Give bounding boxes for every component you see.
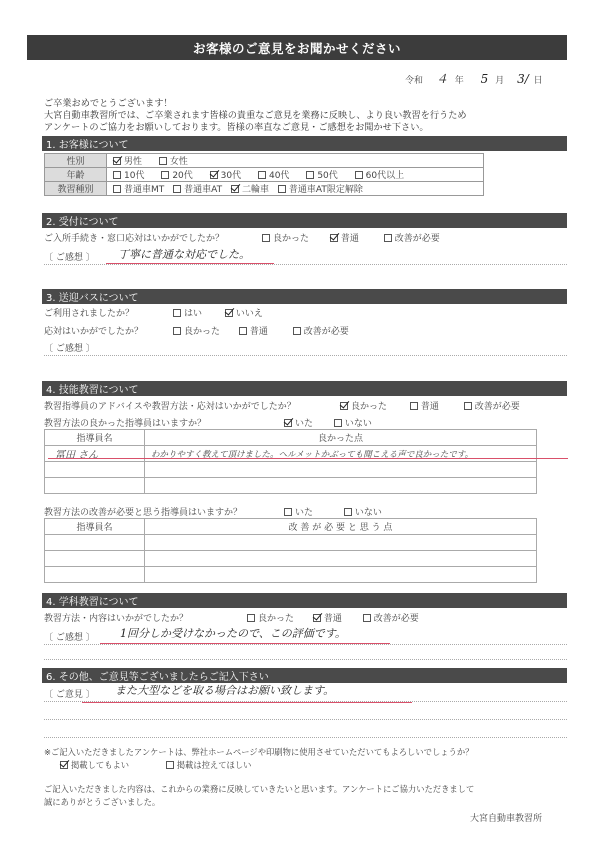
option-normal[interactable]: 普通: [313, 611, 342, 624]
table-header: 指導員名 良かった点: [45, 430, 537, 446]
option-label: いた: [295, 419, 313, 429]
table-row: [45, 535, 537, 551]
good-points-cell[interactable]: [145, 478, 537, 494]
date-day-unit: 日: [534, 76, 543, 86]
option-needs-improvement[interactable]: 改善が必要: [363, 611, 419, 624]
age-label: 年齢: [45, 168, 107, 182]
option-label: 改善が必要: [475, 402, 520, 412]
checkbox-icon[interactable]: [113, 171, 121, 179]
comment-line: [44, 355, 567, 356]
bus-service-options: 良かった 普通 改善が必要: [173, 324, 363, 337]
age-options: 10代 20代 30代 40代 50代 60代以上: [107, 168, 484, 182]
improve-points-cell[interactable]: [145, 551, 537, 567]
signature: 大宮自動車教習所: [470, 811, 542, 824]
improve-points-cell[interactable]: [145, 567, 537, 583]
gender-row: 性別 男性 女性: [45, 154, 484, 168]
comment-line: [44, 737, 567, 738]
option-label: 良かった: [351, 402, 387, 412]
option-mt[interactable]: 普通車MT: [113, 182, 164, 195]
option-normal[interactable]: 普通: [410, 399, 439, 412]
section-6-header: 6. その他、ご意見等ございましたらご記入下さい: [42, 668, 567, 683]
header-instructor-name: 指導員名: [45, 519, 145, 535]
checkbox-icon[interactable]: [355, 171, 363, 179]
table-header: 指導員名 改 善 が 必 要 と 思 う 点: [45, 519, 537, 535]
date-day[interactable]: 3/: [517, 72, 529, 86]
instructor-name-cell[interactable]: [45, 535, 145, 551]
good-instructor-question: 教習方法の良かった指導員はいますか？: [44, 416, 206, 429]
checkbox-icon[interactable]: [330, 234, 338, 242]
good-instructor-table: 指導員名 良かった点 冨田 さん わかりやすく教えて頂けました。ヘルメットかぶっ…: [44, 429, 537, 494]
option-50s[interactable]: 50代: [306, 168, 337, 181]
date-year-unit: 年: [455, 76, 464, 86]
section-2-header: 2. 受付について: [42, 213, 567, 228]
header-instructor-name: 指導員名: [45, 430, 145, 446]
option-label: 良かった: [258, 614, 294, 624]
section-4-header: 4. 技能教習について: [42, 381, 567, 396]
good-points-cell[interactable]: [145, 462, 537, 478]
good-points-cell[interactable]: わかりやすく教えて頂けました。ヘルメットかぶっても聞こえる声で良かったです。: [145, 446, 537, 462]
academic-options: 良かった 普通 改善が必要: [247, 611, 433, 624]
option-20s[interactable]: 20代: [161, 168, 192, 181]
option-label: 普通: [250, 327, 268, 337]
option-label: はい: [184, 309, 202, 319]
option-no[interactable]: いない: [344, 505, 382, 518]
option-label: 普通車AT限定解除: [289, 185, 363, 195]
checkbox-icon[interactable]: [173, 327, 181, 335]
option-label: 良かった: [273, 234, 309, 244]
option-label: 良かった: [184, 327, 220, 337]
bus-used-options: はい いいえ: [173, 306, 277, 319]
comment-line: [44, 644, 567, 645]
option-label: 60代以上: [366, 171, 404, 181]
option-label: 10代: [124, 171, 144, 181]
checkbox-icon[interactable]: [225, 309, 233, 317]
option-yes[interactable]: いた: [284, 416, 313, 429]
option-publish-ok[interactable]: 掲載してもよい: [60, 759, 129, 771]
other-comment-label: 〔 ご意見 〕: [44, 687, 95, 700]
checkbox-icon[interactable]: [258, 171, 266, 179]
instructor-name-cell[interactable]: [45, 551, 145, 567]
option-motorcycle[interactable]: 二輪車: [231, 182, 269, 195]
option-label: 50代: [317, 171, 337, 181]
checkbox-icon[interactable]: [410, 402, 418, 410]
checkbox-icon[interactable]: [113, 185, 121, 193]
good-instructor-options: いた いない: [284, 416, 386, 429]
course-type-options: 普通車MT 普通車AT 二輪車 普通車AT限定解除: [107, 182, 484, 196]
improve-instructor-options: いた いない: [284, 505, 396, 518]
option-label: 改善が必要: [374, 614, 419, 624]
section-3-header: 3. 送迎バスについて: [42, 289, 567, 304]
improve-instructor-table: 指導員名 改 善 が 必 要 と 思 う 点: [44, 518, 537, 583]
option-no[interactable]: いいえ: [225, 306, 263, 319]
checkbox-icon[interactable]: [161, 171, 169, 179]
instructor-name-cell[interactable]: [45, 462, 145, 478]
checkbox-icon[interactable]: [166, 761, 174, 769]
date-line: 令和 ４ 年 5 月 3/ 日: [405, 70, 543, 87]
checkbox-icon[interactable]: [278, 185, 286, 193]
instructor-name-cell[interactable]: [45, 567, 145, 583]
academic-question: 教習方法・内容はいかがでしたか？: [44, 611, 188, 624]
option-yes[interactable]: いた: [284, 505, 313, 518]
option-label: 20代: [172, 171, 192, 181]
checkbox-icon[interactable]: [293, 327, 301, 335]
intro-line-3: アンケートのご協力をお願いしております。皆様の率直なご意見・ご感想をお聞かせ下さ…: [44, 119, 429, 133]
course-type-row: 教習種別 普通車MT 普通車AT 二輪車 普通車AT限定解除: [45, 182, 484, 196]
option-male[interactable]: 男性: [113, 154, 142, 167]
reception-question: ご入所手続き・窓口応対はいかがでしたか？: [44, 231, 224, 244]
header-improve-points: 改 善 が 必 要 と 思 う 点: [145, 519, 537, 535]
option-no[interactable]: いない: [334, 416, 372, 429]
section-1-header: 1. お客様について: [42, 136, 567, 151]
thanks-line-2: 誠にありがとうございました。: [44, 796, 160, 808]
option-good[interactable]: 良かった: [247, 611, 294, 624]
option-30s[interactable]: 30代: [210, 168, 241, 181]
red-underline: [48, 458, 568, 459]
option-label: 普通車AT: [184, 185, 222, 195]
option-needs-improvement[interactable]: 改善が必要: [384, 231, 440, 244]
option-good[interactable]: 良かった: [340, 399, 387, 412]
checkbox-icon[interactable]: [239, 327, 247, 335]
academic-comment[interactable]: 1回分しか受けなかったので、この評価です。: [120, 625, 346, 641]
checkbox-icon[interactable]: [334, 419, 342, 427]
gender-label: 性別: [45, 154, 107, 168]
other-comment[interactable]: また大型などを取る場合はお願い致します。: [115, 682, 334, 698]
option-yes[interactable]: はい: [173, 306, 202, 319]
checkbox-icon[interactable]: [247, 614, 255, 622]
instructor-name-cell[interactable]: [45, 478, 145, 494]
option-label: 改善が必要: [395, 234, 440, 244]
option-good[interactable]: 良かった: [173, 324, 220, 337]
bus-service-question: 応対はいかがでしたか？: [44, 324, 143, 337]
improve-instructor-question: 教習方法の改善が必要と思う指導員はいますか？: [44, 505, 242, 518]
checkbox-icon[interactable]: [344, 508, 352, 516]
option-label: 女性: [170, 157, 188, 167]
option-label: 40代: [269, 171, 289, 181]
checkbox-icon[interactable]: [173, 185, 181, 193]
publish-options: 掲載してもよい 掲載は控えてほしい: [60, 759, 265, 771]
option-at-limit-release[interactable]: 普通車AT限定解除: [278, 182, 363, 195]
checkbox-icon[interactable]: [173, 309, 181, 317]
checkbox-icon[interactable]: [284, 508, 292, 516]
checkbox-icon[interactable]: [113, 157, 121, 165]
checkbox-icon[interactable]: [60, 761, 68, 769]
reception-comment-label: 〔 ご感想 〕: [44, 250, 95, 263]
option-60s-plus[interactable]: 60代以上: [355, 168, 404, 181]
instructor-name-cell[interactable]: 冨田 さん: [45, 446, 145, 462]
option-40s[interactable]: 40代: [258, 168, 289, 181]
option-normal[interactable]: 普通: [239, 324, 268, 337]
option-label: 掲載してもよい: [71, 760, 129, 770]
improve-points-cell[interactable]: [145, 535, 537, 551]
comment-line: [44, 719, 567, 720]
option-10s[interactable]: 10代: [113, 168, 144, 181]
checkbox-icon[interactable]: [306, 171, 314, 179]
checkbox-icon[interactable]: [159, 157, 167, 165]
bus-comment-label: 〔 ご感想 〕: [44, 341, 95, 354]
bus-used-question: ご利用されましたか？: [44, 306, 134, 319]
thanks-line-1: ご記入いただきました内容は、これからの業務に反映していきたいと思います。アンケー…: [44, 783, 474, 795]
table-row: [45, 478, 537, 494]
option-label: 普通車MT: [124, 185, 164, 195]
comment-line: [44, 659, 567, 660]
red-underline: [82, 702, 412, 703]
table-row: [45, 551, 537, 567]
option-label: いいえ: [236, 309, 263, 319]
gender-options: 男性 女性: [107, 154, 484, 168]
table-row: 冨田 さん わかりやすく教えて頂けました。ヘルメットかぶっても聞こえる声で良かっ…: [45, 446, 537, 462]
comment-line: [44, 264, 567, 265]
course-type-label: 教習種別: [45, 182, 107, 196]
option-normal[interactable]: 普通: [330, 231, 359, 244]
option-needs-improvement[interactable]: 改善が必要: [293, 324, 349, 337]
option-good[interactable]: 良かった: [262, 231, 309, 244]
option-label: 普通: [341, 234, 359, 244]
instructor-question: 教習指導員のアドバイスや教習方法・応対はいかがでしたか？: [44, 399, 296, 412]
customer-info-table: 性別 男性 女性 年齢 10代 20代 30代 40代 50代 60代以上 教習…: [44, 153, 484, 196]
checkbox-icon[interactable]: [384, 234, 392, 242]
option-label: 二輪車: [242, 185, 269, 195]
option-label: いない: [345, 419, 372, 429]
checkbox-icon[interactable]: [313, 614, 321, 622]
date-year[interactable]: ４: [436, 72, 448, 86]
age-row: 年齢 10代 20代 30代 40代 50代 60代以上: [45, 168, 484, 182]
option-label: 普通: [324, 614, 342, 624]
checkbox-icon[interactable]: [340, 402, 348, 410]
option-at[interactable]: 普通車AT: [173, 182, 222, 195]
form-title: お客様のご意見をお聞かせください: [27, 35, 567, 60]
option-publish-no[interactable]: 掲載は控えてほしい: [166, 759, 252, 771]
option-label: いた: [295, 508, 313, 518]
comment-line: [44, 701, 567, 702]
checkbox-icon[interactable]: [363, 614, 371, 622]
checkbox-icon[interactable]: [464, 402, 472, 410]
option-label: 普通: [421, 402, 439, 412]
option-label: 30代: [221, 171, 241, 181]
date-month-unit: 月: [495, 76, 504, 86]
option-label: 掲載は控えてほしい: [177, 760, 252, 770]
checkbox-icon[interactable]: [231, 185, 239, 193]
checkbox-icon[interactable]: [284, 419, 292, 427]
publish-question: ※ご記入いただきましたアンケートは、弊社ホームページや印刷物に使用させていただい…: [44, 746, 473, 758]
date-month[interactable]: 5: [481, 72, 489, 86]
header-good-points: 良かった点: [145, 430, 537, 446]
checkbox-icon[interactable]: [262, 234, 270, 242]
reception-options: 良かった 普通 改善が必要: [262, 231, 454, 244]
reception-comment[interactable]: 丁寧に普通な対応でした。: [118, 246, 250, 262]
option-label: 改善が必要: [304, 327, 349, 337]
option-label: 男性: [124, 157, 142, 167]
section-5-header: 4. 学科教習について: [42, 593, 567, 608]
instructor-options: 良かった 普通 改善が必要: [340, 399, 534, 412]
table-row: [45, 567, 537, 583]
table-row: [45, 462, 537, 478]
date-era: 令和: [405, 76, 423, 86]
option-needs-improvement[interactable]: 改善が必要: [464, 399, 520, 412]
academic-comment-label: 〔 ご感想 〕: [44, 630, 95, 643]
option-female[interactable]: 女性: [159, 154, 188, 167]
option-label: いない: [355, 508, 382, 518]
checkbox-icon[interactable]: [210, 171, 218, 179]
